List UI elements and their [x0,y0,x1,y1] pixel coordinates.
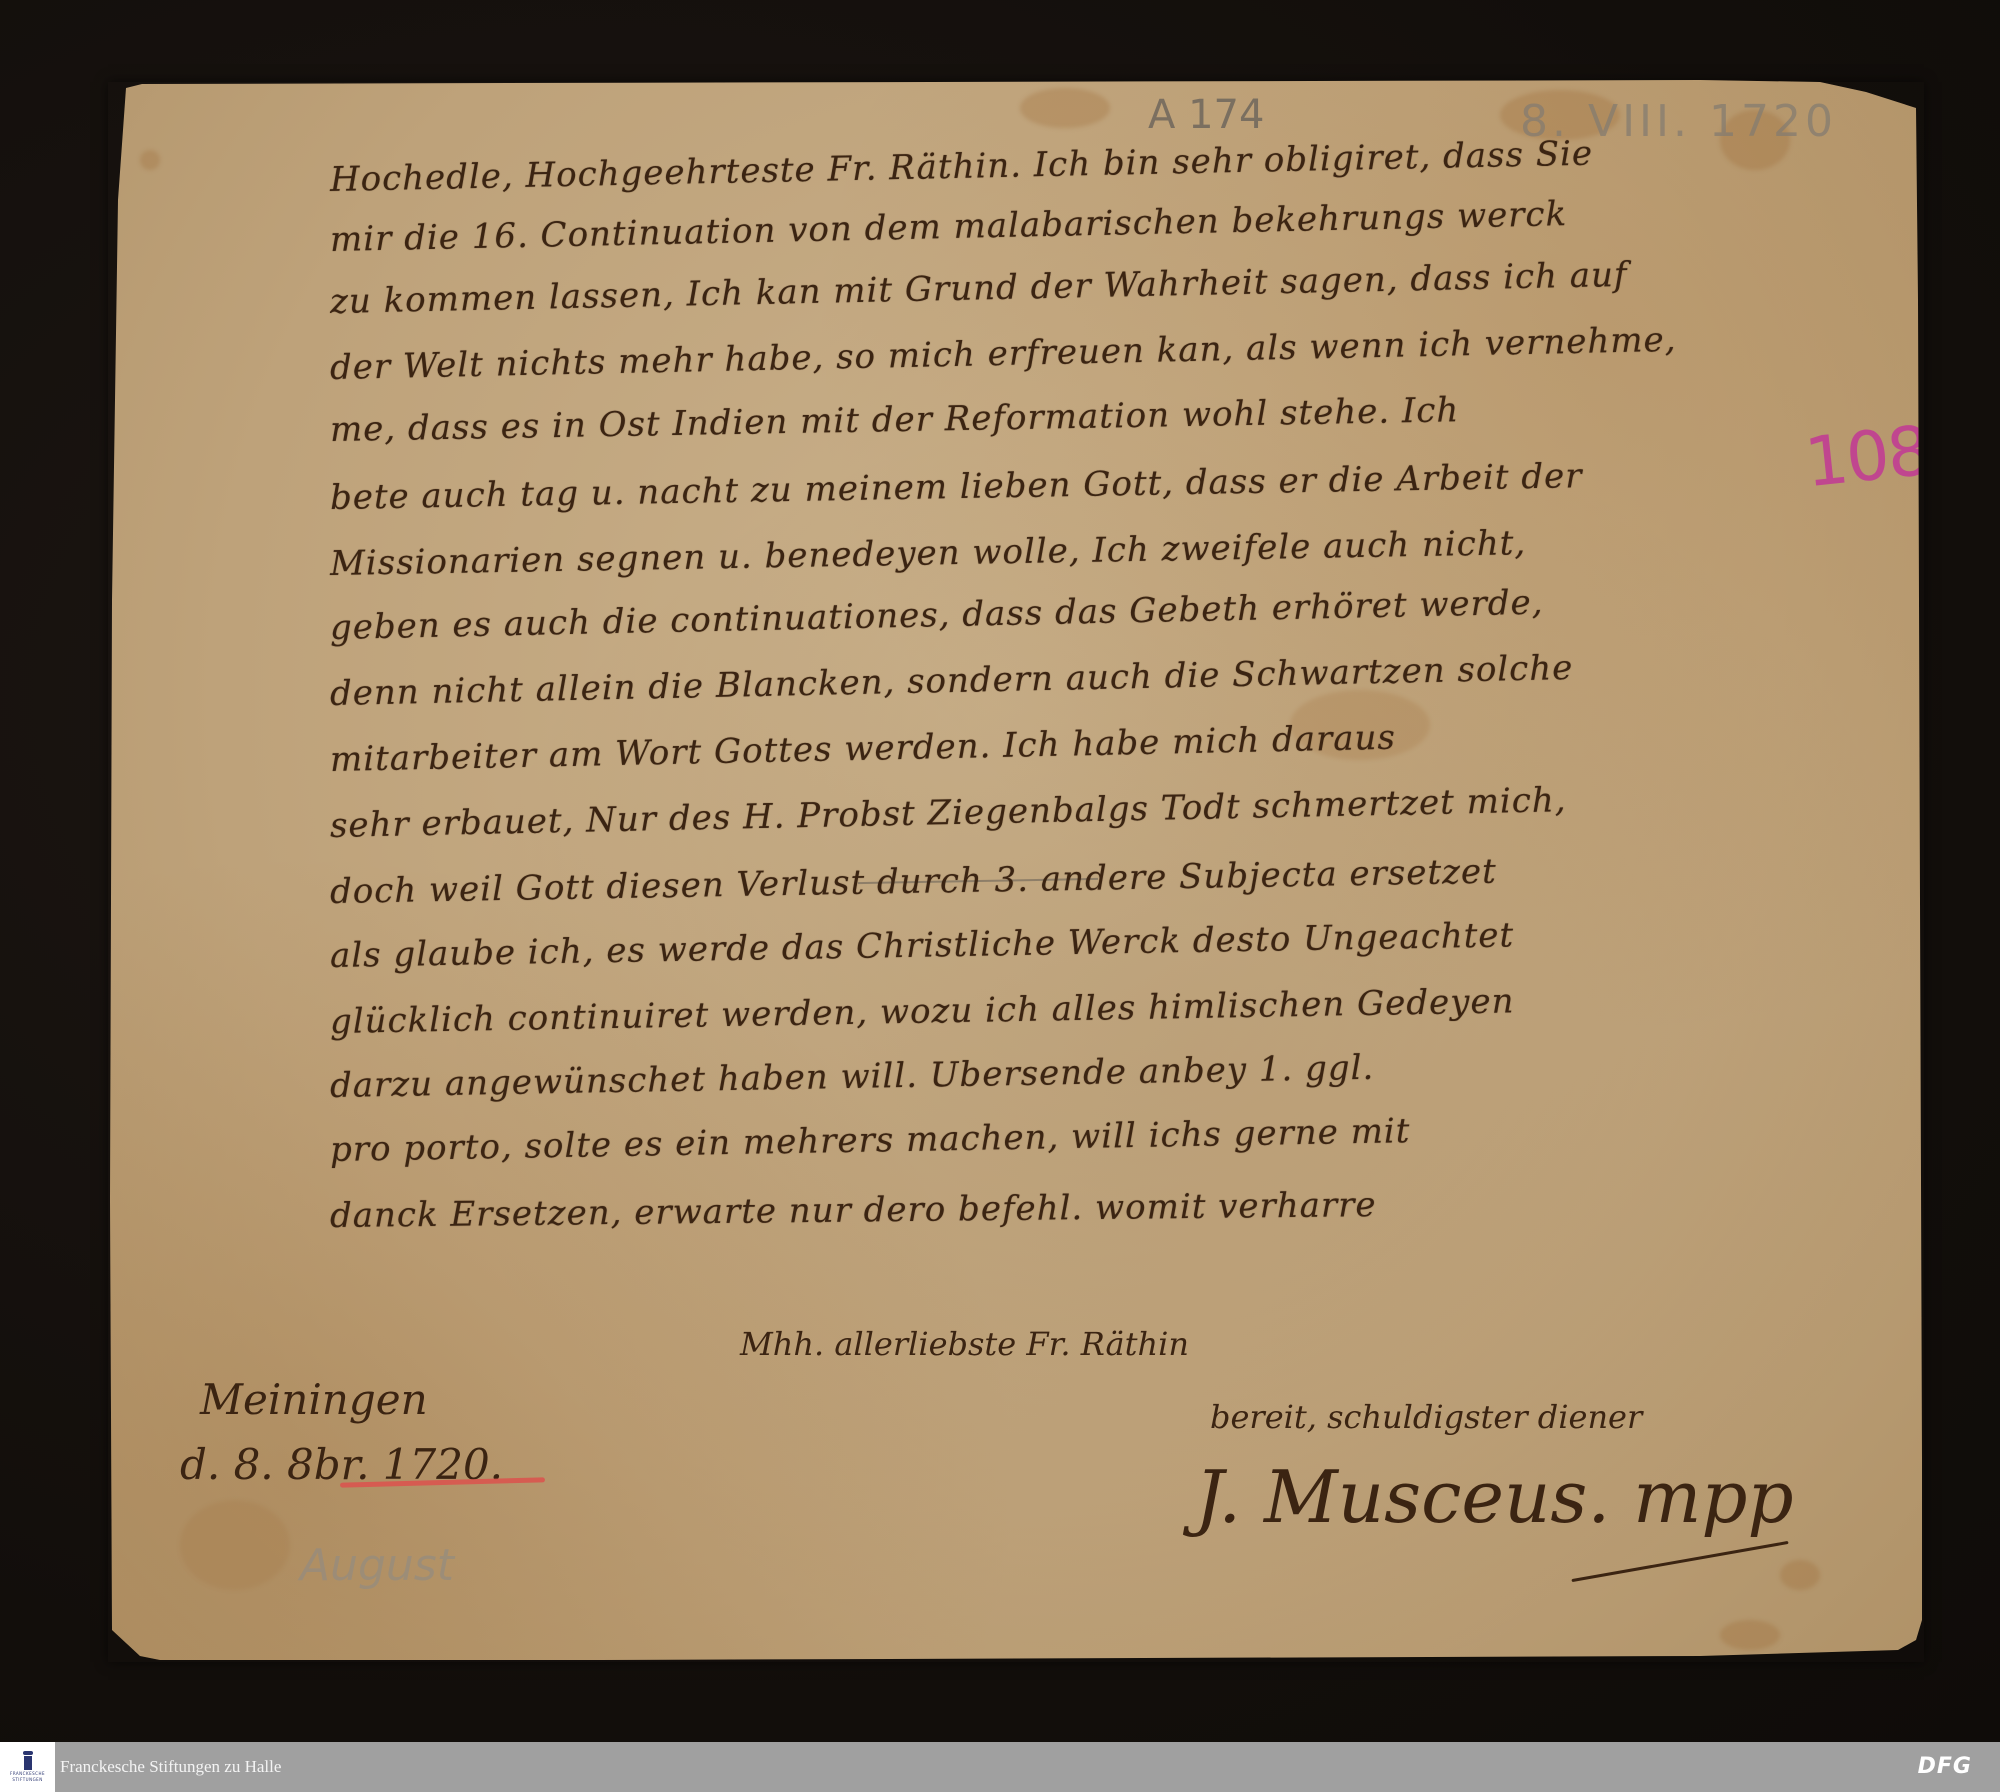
manuscript-page: A 174 8. VIII. 1720 108 Hochedle, Hochge… [0,0,2000,1742]
letter-line: glücklich continuiret werden, wozu ich a… [330,981,1515,1042]
letter-line: Missionarien segnen u. benedeyen wolle, … [330,523,1527,584]
logo-figure-icon [21,1751,35,1771]
stain [140,150,160,170]
letter-line: pro porto, solte es ein mehrers machen, … [330,1111,1411,1170]
document-viewer: A 174 8. VIII. 1720 108 Hochedle, Hochge… [0,0,2000,1742]
archive-id-annotation: A 174 [1148,92,1264,138]
logo-text-line2: STIFTUNGEN [12,1777,42,1783]
letter-line: bete auch tag u. nacht zu meinem lieben … [330,456,1583,518]
letter-line: doch weil Gott diesen Verlust durch 3. a… [330,852,1497,912]
footer-bar: FRANCKESCHE STIFTUNGEN Franckesche Stift… [0,1742,2000,1792]
letter-line: mir die 16. Continuation von dem malabar… [330,194,1568,260]
letter-line: sehr erbauet, Nur des H. Probst Ziegenba… [330,780,1567,846]
stain [1780,1560,1820,1590]
pencil-month-annotation: August [300,1540,454,1591]
institution-logo[interactable]: FRANCKESCHE STIFTUNGEN [0,1742,55,1792]
closing-salutation: Mhh. allerliebste Fr. Räthin [740,1325,1189,1363]
signature-flourish [1571,1541,1788,1582]
institution-name[interactable]: Franckesche Stiftungen zu Halle [60,1757,281,1777]
letter-line: darzu angewünschet haben will. Ubersende… [330,1048,1375,1106]
letter-place: Meiningen [200,1375,428,1424]
letter-line: mitarbeiter am Wort Gottes werden. Ich h… [330,718,1397,780]
letter-line: zu kommen lassen, Ich kan mit Grund der … [330,255,1628,322]
letter-line: geben es auch die continuationes, dass d… [330,583,1544,648]
closing-servant: bereit, schuldigster diener [1210,1398,1642,1436]
letter-line: der Welt nichts mehr habe, so mich erfre… [330,320,1677,388]
letter-line: danck Ersetzen, erwarte nur dero befehl.… [330,1185,1377,1236]
letter-line: Hochedle, Hochgeehrteste Fr. Räthin. Ich… [330,134,1594,200]
letter-line: me, dass es in Ost Indien mit der Reform… [330,390,1460,450]
stain [180,1500,290,1590]
stain [1020,88,1110,128]
signature: J. Musceus. mpp [1195,1455,1794,1539]
folio-number: 108 [1801,412,1932,504]
stain [1720,1620,1780,1650]
dfg-logo[interactable]: DFG [1918,1754,1972,1779]
letter-line: als glaube ich, es werde das Christliche… [330,915,1515,976]
